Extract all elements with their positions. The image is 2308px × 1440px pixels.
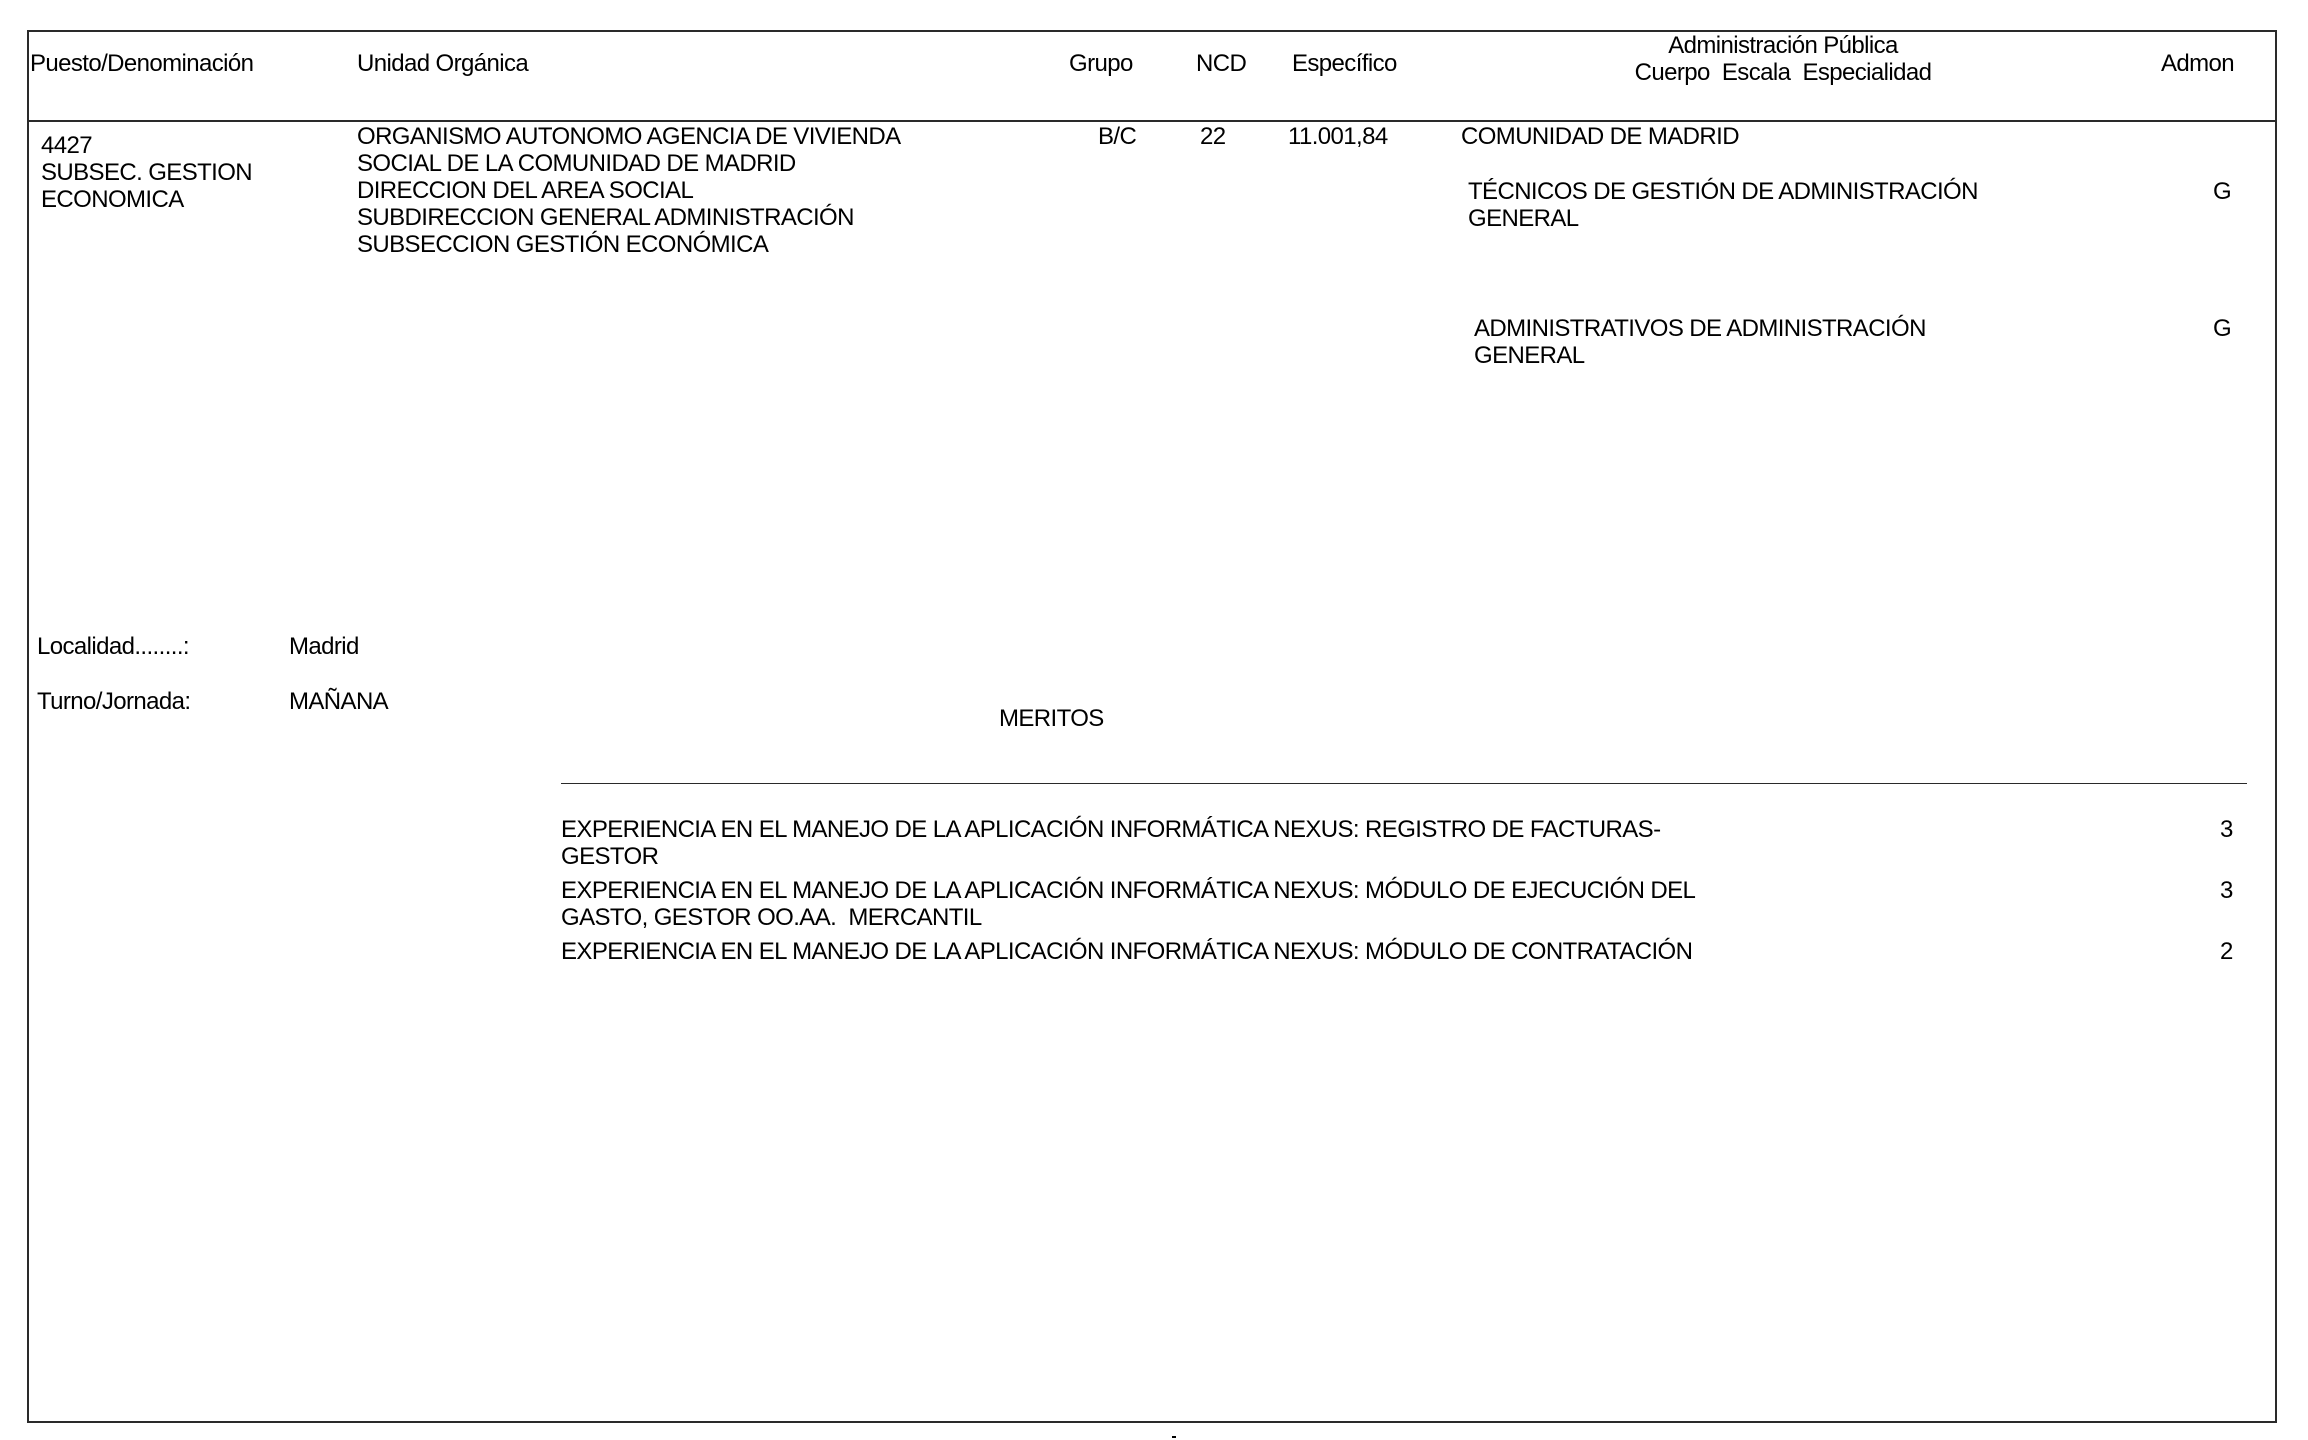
puesto-cell: 4427 SUBSEC. GESTION ECONOMICA [41, 132, 252, 213]
header-admon: Admon [2161, 50, 2234, 77]
footer-mark [1172, 1436, 1176, 1438]
header-ncd: NCD [1196, 50, 1246, 77]
administracion-value: COMUNIDAD DE MADRID [1461, 123, 1739, 150]
unidad-line: DIRECCION DEL AREA SOCIAL [357, 177, 901, 204]
merito-item: EXPERIENCIA EN EL MANEJO DE LA APLICACIÓ… [561, 877, 1695, 931]
grupo-value: B/C [1098, 123, 1136, 150]
meritos-divider [561, 783, 2247, 784]
header-grupo: Grupo [1069, 50, 1133, 77]
unidad-cell: ORGANISMO AUTONOMO AGENCIA DE VIVIENDA S… [357, 123, 901, 258]
localidad-value: Madrid [289, 633, 359, 660]
unidad-line: SOCIAL DE LA COMUNIDAD DE MADRID [357, 150, 901, 177]
meritos-title: MERITOS [999, 705, 1104, 732]
merito-line: GESTOR [561, 843, 1660, 870]
cuerpo-line: TÉCNICOS DE GESTIÓN DE ADMINISTRACIÓN [1468, 178, 1978, 205]
ncd-value: 22 [1200, 123, 1226, 150]
puesto-code: 4427 [41, 132, 252, 159]
merito-item: EXPERIENCIA EN EL MANEJO DE LA APLICACIÓ… [561, 816, 1660, 870]
merito-item: EXPERIENCIA EN EL MANEJO DE LA APLICACIÓ… [561, 938, 1692, 965]
especifico-value: 11.001,84 [1288, 123, 1388, 150]
merito-points: 2 [2220, 938, 2233, 965]
unidad-line: SUBDIRECCION GENERAL ADMINISTRACIÓN [357, 204, 901, 231]
merito-line: EXPERIENCIA EN EL MANEJO DE LA APLICACIÓ… [561, 938, 1692, 965]
cuerpo-line: GENERAL [1474, 342, 1926, 369]
cuerpo-entry: TÉCNICOS DE GESTIÓN DE ADMINISTRACIÓN GE… [1468, 178, 1978, 232]
cuerpo-line: ADMINISTRATIVOS DE ADMINISTRACIÓN [1474, 315, 1926, 342]
merito-points: 3 [2220, 816, 2233, 843]
header-admin-publica: Administración Pública [1583, 32, 1983, 59]
turno-value: MAÑANA [289, 688, 388, 715]
merito-line: EXPERIENCIA EN EL MANEJO DE LA APLICACIÓ… [561, 877, 1695, 904]
cuerpo-line: GENERAL [1468, 205, 1978, 232]
unidad-line: ORGANISMO AUTONOMO AGENCIA DE VIVIENDA [357, 123, 901, 150]
cuerpo-admon: G [2213, 178, 2231, 205]
header-cuerpo-escala: Cuerpo Escala Especialidad [1583, 59, 1983, 86]
unidad-line: SUBSECCION GESTIÓN ECONÓMICA [357, 231, 901, 258]
localidad-label: Localidad........: [37, 633, 189, 660]
merito-points: 3 [2220, 877, 2233, 904]
header-unidad: Unidad Orgánica [357, 50, 528, 77]
cuerpo-admon: G [2213, 315, 2231, 342]
turno-label: Turno/Jornada: [37, 688, 190, 715]
header-puesto: Puesto/Denominación [30, 50, 253, 77]
merito-line: EXPERIENCIA EN EL MANEJO DE LA APLICACIÓ… [561, 816, 1660, 843]
puesto-line: ECONOMICA [41, 186, 252, 213]
cuerpo-entry: ADMINISTRATIVOS DE ADMINISTRACIÓN GENERA… [1474, 315, 1926, 369]
merito-line: GASTO, GESTOR OO.AA. MERCANTIL [561, 904, 1695, 931]
puesto-line: SUBSEC. GESTION [41, 159, 252, 186]
header-divider [27, 120, 2277, 122]
header-especifico: Específico [1292, 50, 1397, 77]
